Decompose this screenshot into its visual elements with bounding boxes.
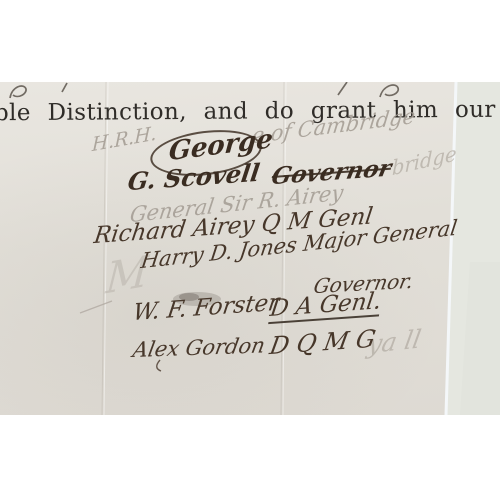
photo-of-certificate: ble Distinction, and do grant him our Ce… [0, 82, 500, 415]
signature-alex-gordon-rank: D Q M G [268, 326, 378, 358]
page: ble Distinction, and do grant him our Ce… [0, 0, 500, 500]
ink-hook-fragment [157, 360, 161, 371]
cropped-signature-stroke-fragments [10, 82, 398, 98]
signature-alex-gordon: Alex Gordon [131, 335, 267, 361]
printed-certificate-text: ble Distinction, and do grant him our Ce… [0, 96, 500, 127]
